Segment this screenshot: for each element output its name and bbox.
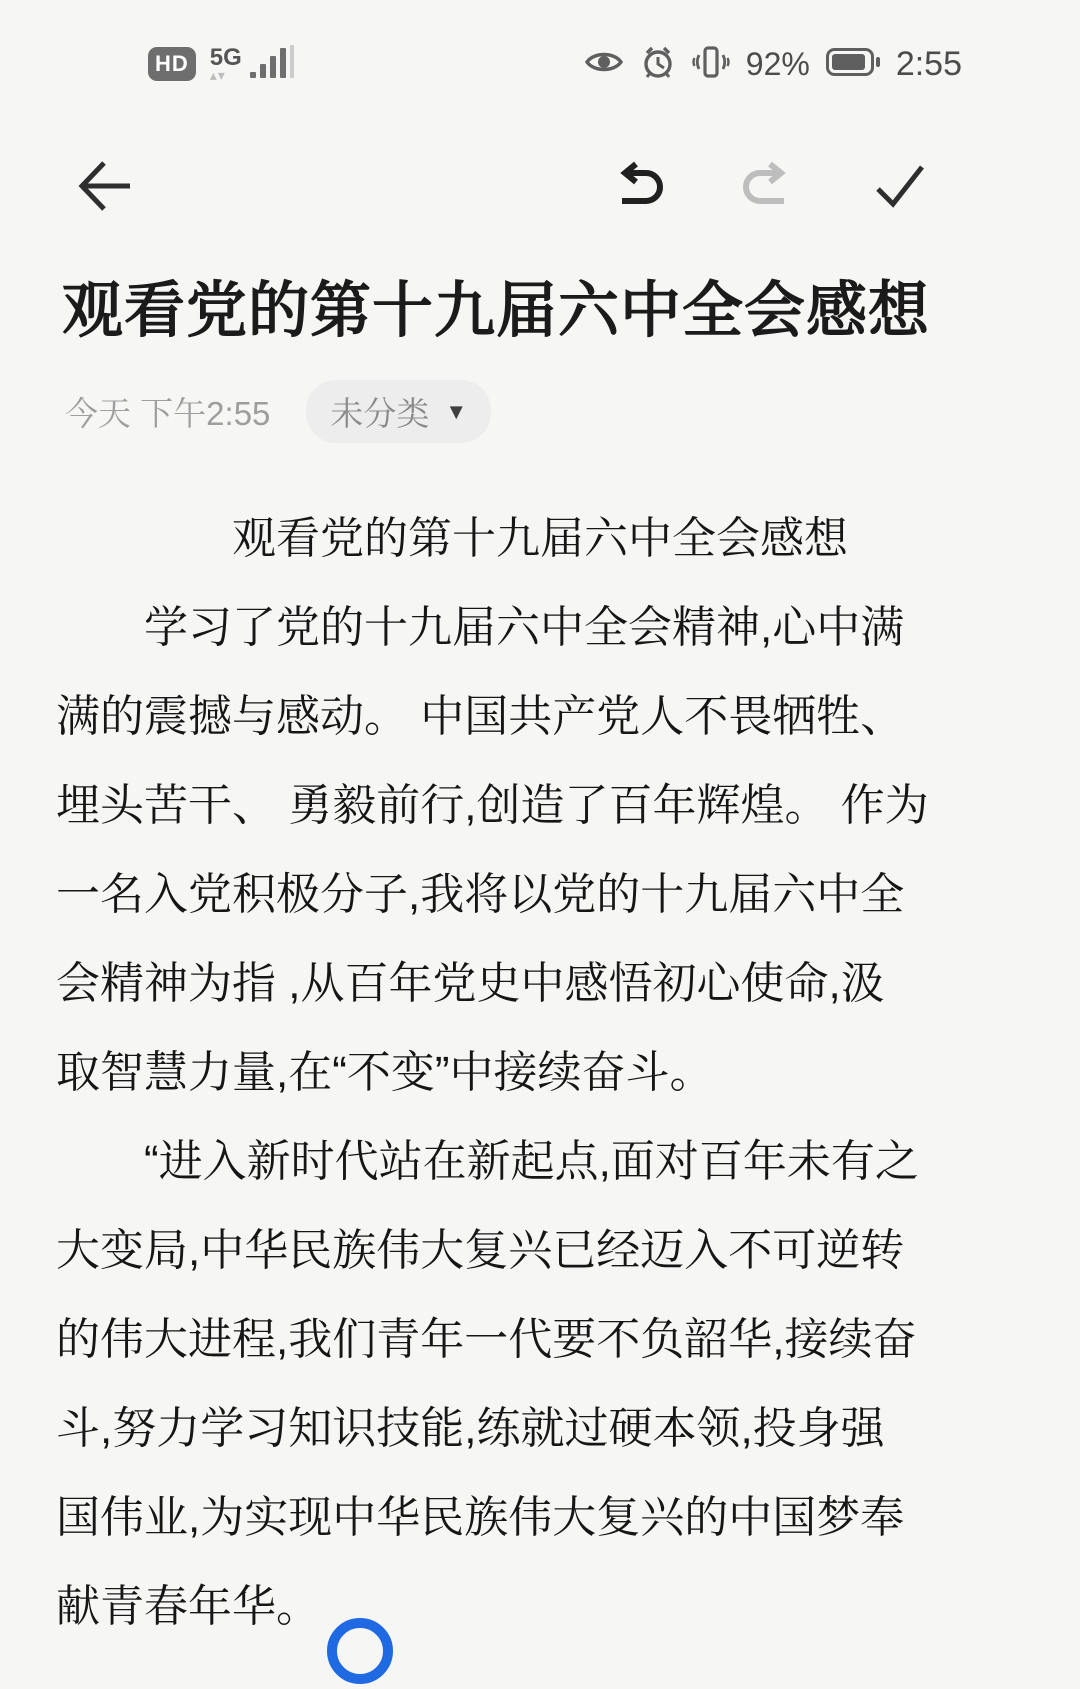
vibrate-icon	[692, 44, 730, 85]
data-arrows-icon: ▴▾	[210, 69, 226, 81]
back-button[interactable]	[70, 158, 134, 214]
body-line[interactable]: 观看党的第十九届六中全会感想	[56, 494, 1024, 583]
text-cursor-handle[interactable]	[327, 1618, 393, 1684]
clock-time: 2:55	[896, 45, 962, 84]
undo-button[interactable]	[606, 161, 668, 211]
network-type: 5G ▴▾	[210, 47, 242, 81]
status-bar: HD 5G ▴▾	[0, 34, 1080, 94]
note-title[interactable]: 观看党的第十九届六中全会感想	[62, 262, 1018, 349]
hd-volte-icon: HD	[148, 47, 196, 81]
body-line[interactable]: 国伟业,为实现中华民族伟大复兴的中国梦奉	[56, 1473, 1024, 1562]
status-left: HD 5G ▴▾	[148, 45, 294, 84]
eye-comfort-icon	[584, 48, 624, 81]
body-line[interactable]: 斗,努力学习知识技能,练就过硬本领,投身强	[56, 1384, 1024, 1473]
body-line[interactable]: 取智慧力量,在“不变”中接续奋斗。	[56, 1028, 1024, 1117]
battery-icon	[826, 48, 880, 81]
editor-toolbar	[0, 148, 1080, 224]
signal-bars-icon	[250, 45, 294, 84]
body-line[interactable]: 会精神为指 ,从百年党史中感悟初心使命,汲	[56, 939, 1024, 1028]
body-line[interactable]: “进入新时代站在新起点,面对百年未有之	[56, 1117, 1024, 1206]
body-line[interactable]: 满的震撼与感动。 中国共产党人不畏牺牲、	[56, 672, 1024, 761]
confirm-button[interactable]	[870, 161, 930, 211]
category-selector[interactable]: 未分类 ▼	[306, 380, 491, 443]
battery-percent: 92%	[746, 46, 810, 83]
redo-button[interactable]	[738, 161, 800, 211]
note-meta: 今天 下午2:55 未分类 ▼	[65, 380, 491, 443]
note-date: 今天 下午2:55	[65, 388, 270, 435]
toolbar-actions	[606, 161, 930, 211]
body-line[interactable]: 的伟大进程,我们青年一代要不负韶华,接续奋	[56, 1295, 1024, 1384]
body-line[interactable]: 埋头苦干、 勇毅前行,创造了百年辉煌。 作为	[56, 761, 1024, 850]
body-line[interactable]: 一名入党积极分子,我将以党的十九届六中全	[56, 850, 1024, 939]
body-line[interactable]: 学习了党的十九届六中全会精神,心中满	[56, 583, 1024, 672]
body-line[interactable]: 大变局,中华民族伟大复兴已经迈入不可逆转	[56, 1206, 1024, 1295]
note-editor-screen: HD 5G ▴▾	[0, 0, 1080, 1689]
note-body[interactable]: 观看党的第十九届六中全会感想学习了党的十九届六中全会精神,心中满满的震撼与感动。…	[56, 494, 1024, 1651]
status-right: 92% 2:55	[568, 44, 962, 85]
chevron-down-icon: ▼	[445, 399, 467, 425]
body-line[interactable]: 献青春年华。	[56, 1562, 1024, 1651]
alarm-icon	[640, 44, 676, 85]
